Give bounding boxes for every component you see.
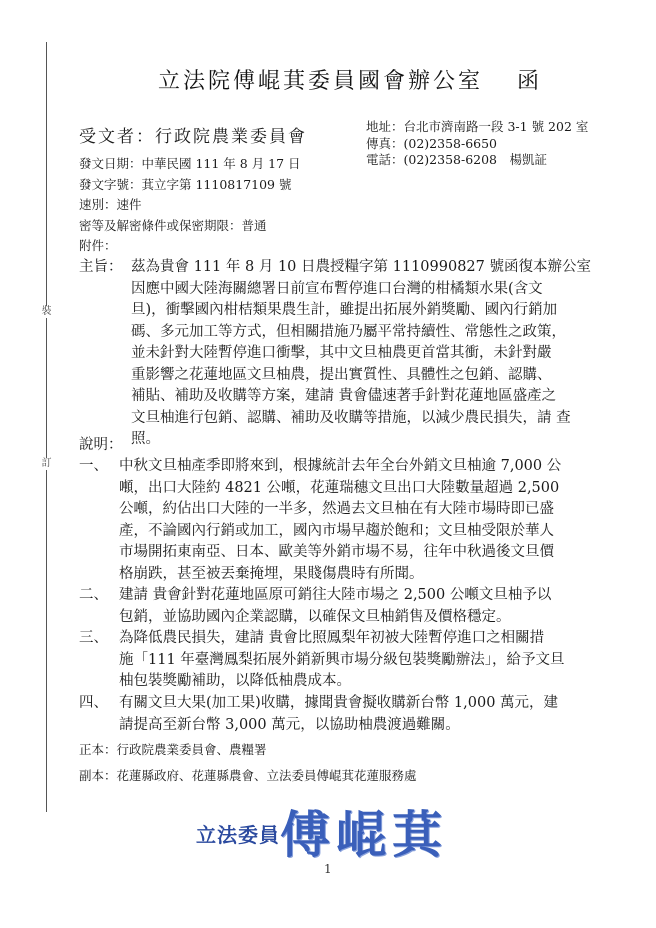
binding-mark-zhuang: 裝	[40, 306, 53, 318]
subject-label: 主旨：	[79, 257, 123, 279]
item-number: 四、	[79, 693, 108, 715]
explanation-item-4: 四、 有關文旦大果(加工果)收購，據聞貴會擬收購新台幣 1,000 萬元，建 請…	[79, 693, 619, 736]
contact-phone: 電話：(02)2358-6208 楊凱証	[366, 152, 588, 169]
explanation-item-3: 三、 為降低農民損失，建請 貴會比照鳳梨年初被大陸暫停進口之相關措 施「111 …	[79, 628, 619, 693]
recipient-name: 行政院農業委員會	[155, 127, 307, 147]
explanation-label: 說明：	[79, 433, 123, 454]
item-line: 建請 貴會針對花蓮地區原可銷往大陸市場之 2,500 公噸文旦柚予以	[119, 585, 619, 607]
issue-date: 發文日期：中華民國 111 年 8 月 17 日	[79, 154, 301, 175]
item-line: 產，不論國內行銷或加工，國內市場早趨於飽和；文旦柚受限於華人	[119, 521, 619, 543]
subject-line: 文旦柚進行包銷、認購、補助及收購等措施，以減少農民損失，請 查	[131, 408, 619, 430]
binding-line	[46, 42, 47, 812]
item-number: 三、	[79, 628, 108, 650]
contact-fax: 傳真：(02)2358-6650	[366, 136, 588, 153]
item-line: 施「111 年臺灣鳳梨拓展外銷新興市場分級包裝獎勵辦法」，給予文旦	[119, 650, 619, 672]
subject-line: 旦)，衝擊國內柑桔類果農生計，雖提出拓展外銷獎勵、國內行銷加	[131, 300, 619, 322]
subject-line: 重影響之花蓮地區文旦柚農，提出實質性、具體性之包銷、認購、	[131, 365, 619, 387]
document-header: 立法院傅崐萁委員國會辦公室函	[158, 64, 542, 95]
subject-line: 碼、多元加工等方式，但相關措施乃屬平常持續性、常態性之政策，	[131, 322, 619, 344]
recipient-label: 受文者：	[79, 127, 155, 147]
recipient: 受文者：行政院農業委員會	[79, 122, 307, 147]
cc-recipients: 副本：花蓮縣政府、花蓮縣農會、立法委員傅崐萁花蓮服務處	[79, 766, 417, 784]
explanation-item-2: 二、 建請 貴會針對花蓮地區原可銷往大陸市場之 2,500 公噸文旦柚予以 包銷…	[79, 585, 619, 628]
item-line: 格崩跌，甚至被丟棄掩埋，果賤傷農時有所聞。	[119, 564, 619, 586]
contact-info: 地址：台北市濟南路一段 3-1 號 202 室 傳真：(02)2358-6650…	[366, 119, 588, 169]
subject-line: 照。	[131, 429, 619, 451]
item-number: 二、	[79, 585, 108, 607]
item-line: 有關文旦大果(加工果)收購，據聞貴會擬收購新台幣 1,000 萬元，建	[119, 693, 619, 715]
subject-line: 茲為貴會 111 年 8 月 10 日農授糧字第 1110990827 號函復本…	[131, 257, 619, 279]
page-number: 1	[324, 862, 332, 876]
subject-line: 補貼、補助及收購等方案，建請 貴會儘速著手針對花蓮地區盛產之	[131, 386, 619, 408]
signature-name: 傅崐萁	[280, 805, 448, 864]
signature-stamp: 立法委員傅崐萁	[196, 795, 448, 867]
binding-mark-ding: 訂	[40, 458, 53, 470]
delivery-speed: 速別：速件	[79, 195, 301, 216]
document-meta: 發文日期：中華民國 111 年 8 月 17 日 發文字號：萁立字第 11108…	[79, 154, 301, 257]
item-line: 市場開拓東南亞、日本、歐美等外銷市場不易，往年中秋過後文旦價	[119, 542, 619, 564]
item-line: 公噸，約佔出口大陸的一半多，然過去文旦柚在有大陸市場時即已盛	[119, 499, 619, 521]
item-line: 為降低農民損失，建請 貴會比照鳳梨年初被大陸暫停進口之相關措	[119, 628, 619, 650]
item-line: 包銷，並協助國內企業認購，以確保文旦柚銷售及價格穩定。	[119, 607, 619, 629]
item-line: 中秋文旦柚產季即將來到，根據統計去年全台外銷文旦柚逾 7,000 公	[119, 456, 619, 478]
attachments: 附件：	[79, 236, 301, 257]
explanation-item-1: 一、 中秋文旦柚產季即將來到，根據統計去年全台外銷文旦柚逾 7,000 公 噸，…	[79, 456, 619, 585]
contact-address: 地址：台北市濟南路一段 3-1 號 202 室	[366, 119, 588, 136]
subject-line: 並未針對大陸暫停進口衝擊，其中文旦柚農更首當其衝，未針對嚴	[131, 343, 619, 365]
signature-title: 立法委員	[196, 823, 280, 847]
item-line: 噸，出口大陸約 4821 公噸，花蓮瑞穗文旦出口大陸數量超過 2,500	[119, 478, 619, 500]
original-recipients: 正本：行政院農業委員會、農糧署	[79, 740, 267, 758]
subject-line: 因應中國大陸海關總署日前宣布暫停進口台灣的柑橘類水果(含文	[131, 279, 619, 301]
item-line: 請提高至新台幣 3,000 萬元，以協助柚農渡過難關。	[119, 715, 619, 737]
document-type: 函	[517, 69, 542, 94]
item-line: 柚包裝獎勵補助，以降低柚農成本。	[119, 671, 619, 693]
office-title: 立法院傅崐萁委員國會辦公室	[158, 69, 483, 94]
confidentiality: 密等及解密條件或保密期限：普通	[79, 216, 301, 237]
document-number: 發文字號：萁立字第 1110817109 號	[79, 175, 301, 196]
item-number: 一、	[79, 456, 108, 478]
subject-section: 主旨： 茲為貴會 111 年 8 月 10 日農授糧字第 1110990827 …	[79, 257, 619, 451]
